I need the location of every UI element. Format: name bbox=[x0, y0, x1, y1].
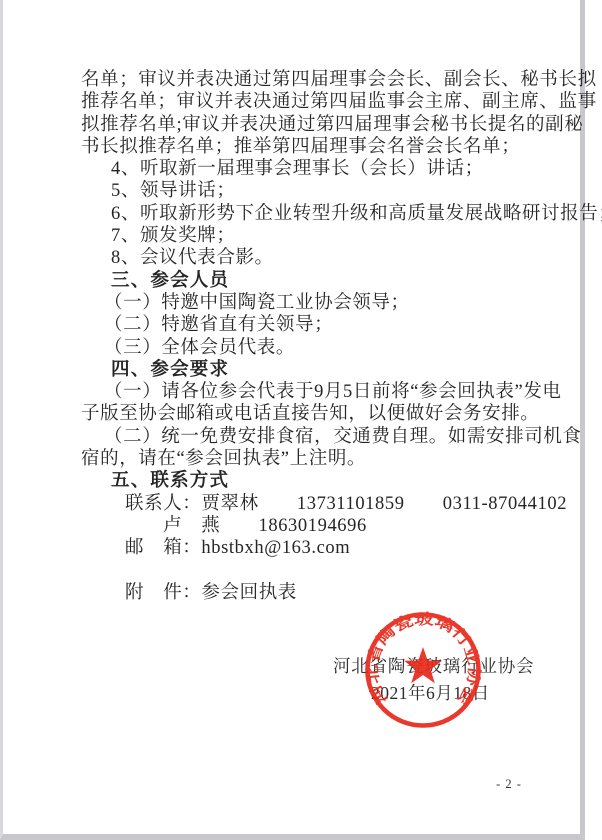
document-line: （一）请各位参会代表于9月5日前将“参会回执表”发电 bbox=[104, 381, 533, 403]
document-line: 五、联系方式 bbox=[111, 470, 533, 492]
document-line: 卢 燕 18630194696 bbox=[163, 515, 533, 537]
document-line bbox=[81, 560, 533, 582]
document-line: 名单；审议并表决通过第四届理事会会长、副会长、秘书长拟 bbox=[81, 69, 533, 91]
document-line: 7、颁发奖牌； bbox=[111, 225, 533, 247]
document-line: （二）统一免费安排食宿，交通费自理。如需安排司机食 bbox=[104, 426, 533, 448]
document-line: （二）特邀省直有关领导； bbox=[104, 314, 533, 336]
seal-star bbox=[404, 647, 442, 683]
page-number: - 2 - bbox=[489, 777, 529, 792]
document-line: 三、参会人员 bbox=[111, 270, 533, 292]
document-line: 4、听取新一届理事会理事长（会长）讲话； bbox=[111, 158, 533, 180]
document-line: 四、参会要求 bbox=[111, 359, 533, 381]
document-line: （三）全体会员代表。 bbox=[104, 337, 533, 359]
document-page: 名单；审议并表决通过第四届理事会会长、副会长、秘书长拟推荐名单；审议并表决通过第… bbox=[0, 0, 585, 840]
document-line: 推荐名单；审议并表决通过第四届监事会主席、副主席、监事 bbox=[81, 91, 533, 113]
document-line: 宿的，请在“参会回执表”上注明。 bbox=[81, 448, 533, 470]
document-line: 联系人：贾翠林 13731101859 0311-87044102 bbox=[125, 493, 533, 515]
document-line: 邮 箱：hbstbxh@163.com bbox=[125, 537, 533, 559]
document-line: 拟推荐名单;审议并表决通过第四届理事会秘书长提名的副秘 bbox=[81, 114, 533, 136]
document-line: 子版至协会邮箱或电话直接告知，以便做好会务安排。 bbox=[81, 403, 533, 425]
document-line: 8、会议代表合影。 bbox=[111, 247, 533, 269]
document-line: 5、领导讲话； bbox=[111, 180, 533, 202]
official-seal-stamp: 河北省陶瓷玻璃行业协会 bbox=[359, 606, 487, 734]
document-line: （一）特邀中国陶瓷工业协会领导； bbox=[104, 292, 533, 314]
document-line: 书长拟推荐名单；推举第四届理事会名誉会长名单； bbox=[81, 136, 533, 158]
document-body: 名单；审议并表决通过第四届理事会会长、副会长、秘书长拟推荐名单；审议并表决通过第… bbox=[81, 69, 533, 604]
document-line: 6、听取新形势下企业转型升级和高质量发展战略研讨报告； bbox=[111, 203, 533, 225]
document-line: 附 件：参会回执表 bbox=[125, 582, 533, 604]
